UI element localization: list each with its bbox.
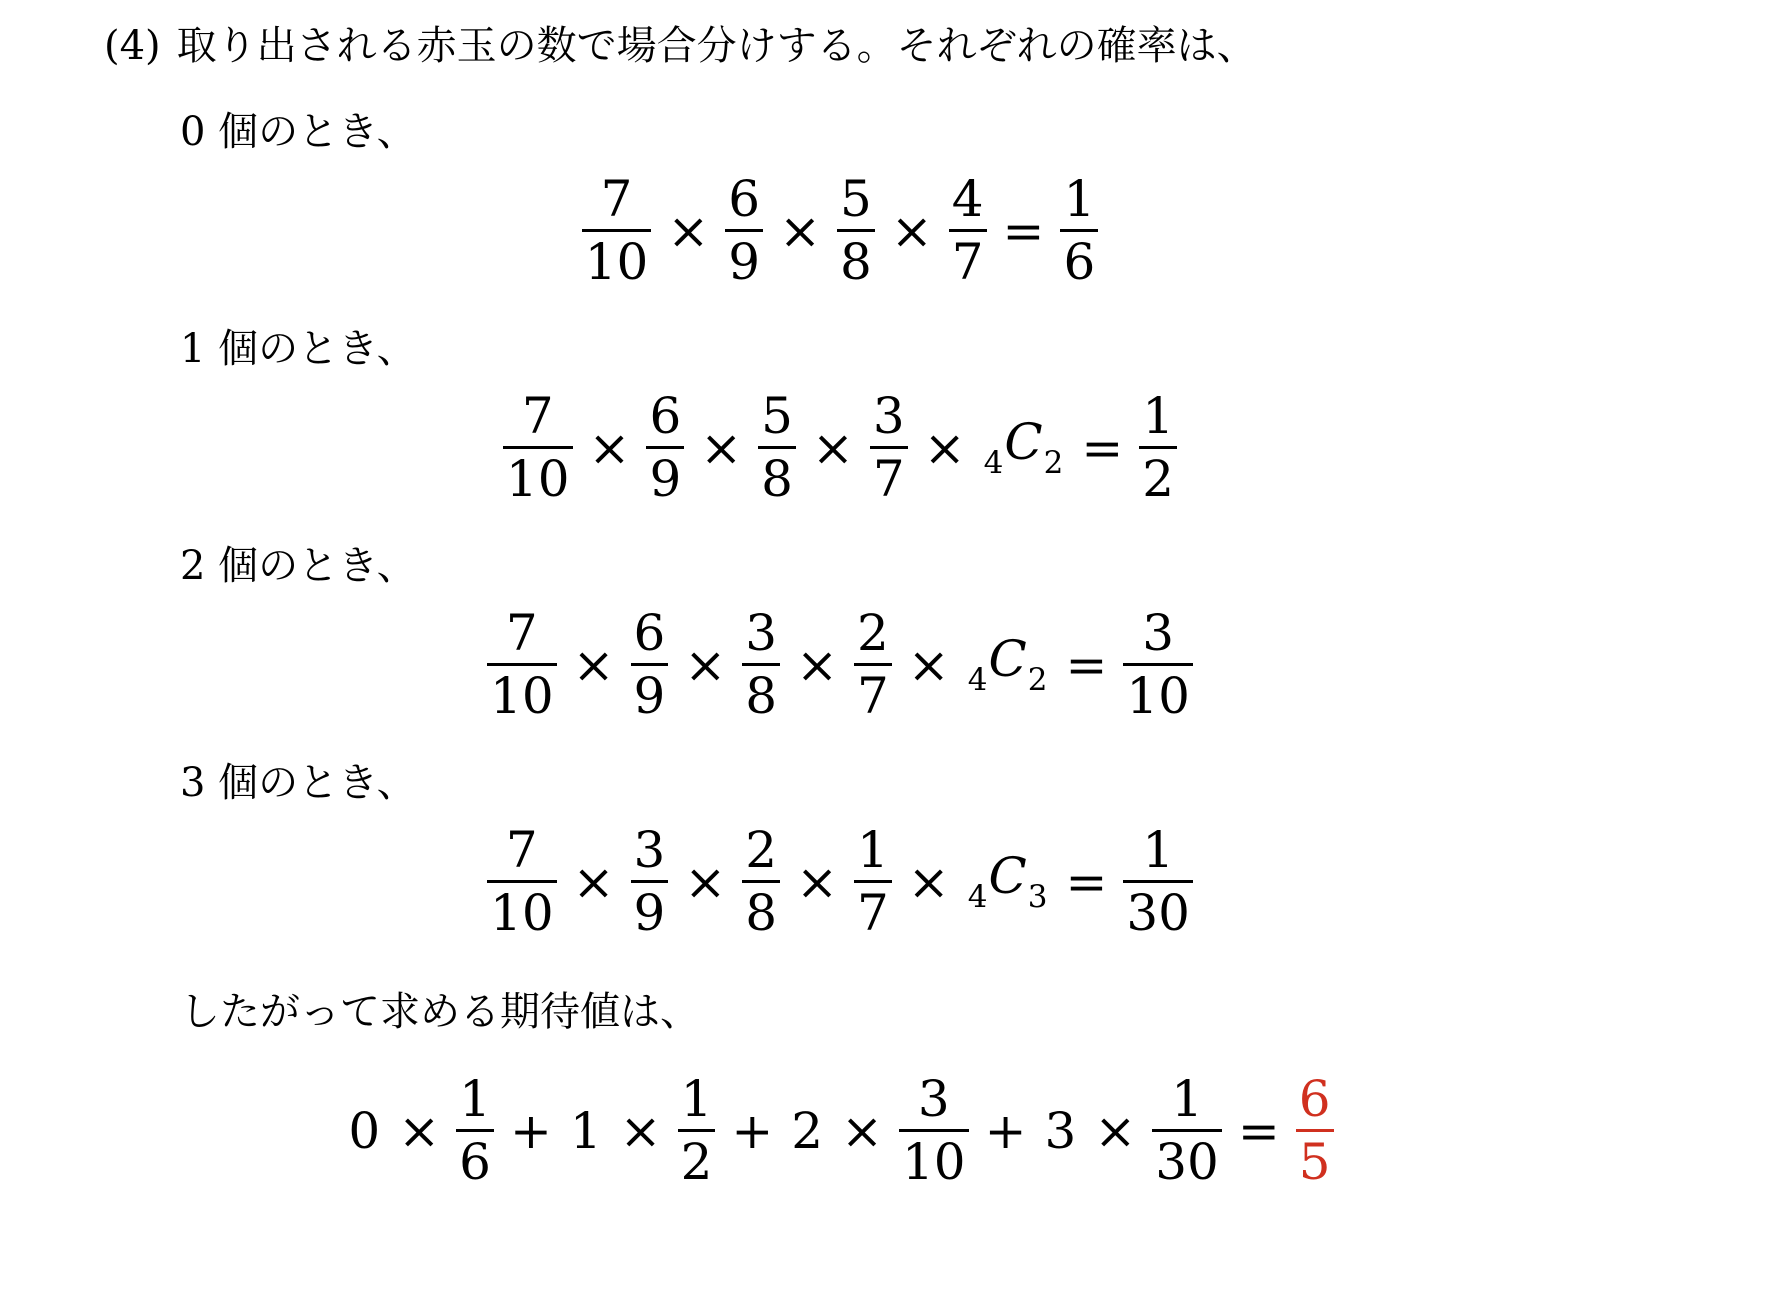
operator: + <box>507 1106 555 1156</box>
fraction: 37 <box>870 389 908 506</box>
combination-pre-subscript: 4 <box>968 878 988 914</box>
fraction-bar <box>487 663 557 666</box>
fraction-denominator: 10 <box>899 1135 969 1189</box>
fraction-numerator: 1 <box>1139 823 1177 877</box>
conclusion-text: したがって求める期待値は、 <box>0 986 1791 1038</box>
fraction: 65 <box>1296 1072 1334 1189</box>
fraction-bar <box>503 446 573 449</box>
fraction-denominator: 9 <box>631 669 669 723</box>
operator: + <box>728 1106 776 1156</box>
fraction-bar <box>1060 229 1098 232</box>
combination-pre-subscript: 4 <box>984 444 1004 480</box>
fraction-denominator: 10 <box>1123 669 1193 723</box>
fraction: 27 <box>854 606 892 723</box>
fraction-bar <box>1296 1129 1334 1132</box>
fraction-bar <box>742 880 780 883</box>
fraction-denominator: 7 <box>870 452 908 506</box>
fraction: 69 <box>631 606 669 723</box>
operator: × <box>570 857 618 907</box>
fraction-bar <box>1139 446 1177 449</box>
operator: × <box>921 423 969 473</box>
operator: × <box>888 206 936 256</box>
fraction-bar <box>1123 663 1193 666</box>
fraction-denominator: 5 <box>1296 1135 1334 1189</box>
fraction-bar <box>870 446 908 449</box>
fraction-denominator: 30 <box>1123 886 1193 940</box>
operator: × <box>664 206 712 256</box>
operator: × <box>681 857 729 907</box>
fraction-bar <box>631 663 669 666</box>
fraction: 710 <box>503 389 573 506</box>
fraction-bar <box>678 1129 716 1132</box>
operator: × <box>905 640 953 690</box>
combination-subscript: 2 <box>1028 661 1048 697</box>
fraction-bar <box>456 1129 494 1132</box>
combination-symbol: 4C3 <box>966 851 1050 913</box>
fraction-denominator: 7 <box>949 235 987 289</box>
fraction-bar <box>837 229 875 232</box>
case-label-2: 2 個のとき、 <box>0 540 1791 592</box>
fraction: 710 <box>487 606 557 723</box>
combination-symbol: 4C2 <box>966 634 1050 696</box>
case-equation-0: 710×69×58×47=16 <box>0 172 1680 289</box>
fraction-bar <box>949 229 987 232</box>
fraction-numerator: 1 <box>1168 1072 1206 1126</box>
fraction-denominator: 6 <box>456 1135 494 1189</box>
fraction-bar <box>487 880 557 883</box>
fraction: 38 <box>742 606 780 723</box>
fraction: 710 <box>487 823 557 940</box>
fraction-numerator: 3 <box>742 606 780 660</box>
operator: × <box>793 857 841 907</box>
fraction: 12 <box>678 1072 716 1189</box>
operator: = <box>1062 857 1110 907</box>
fraction: 16 <box>1060 172 1098 289</box>
fraction-bar <box>854 663 892 666</box>
fraction-numerator: 7 <box>519 389 557 443</box>
fraction-numerator: 3 <box>631 823 669 877</box>
fraction-numerator: 1 <box>854 823 892 877</box>
case-equation-2: 710×69×38×27×4C2=310 <box>0 606 1680 723</box>
fraction-denominator: 30 <box>1152 1135 1222 1189</box>
fraction: 710 <box>582 172 652 289</box>
fraction-bar <box>854 880 892 883</box>
operator: × <box>617 1106 665 1156</box>
combination-letter: C <box>987 847 1027 905</box>
fraction: 310 <box>1123 606 1193 723</box>
operator: × <box>395 1106 443 1156</box>
fraction-denominator: 9 <box>646 452 684 506</box>
fraction-denominator: 9 <box>631 886 669 940</box>
fraction-denominator: 2 <box>678 1135 716 1189</box>
fraction-numerator: 6 <box>725 172 763 226</box>
operator: × <box>776 206 824 256</box>
fraction-denominator: 10 <box>503 452 573 506</box>
number: 3 <box>1043 1106 1079 1156</box>
operator: = <box>1000 206 1048 256</box>
operator: × <box>697 423 745 473</box>
case-label-1: 1 個のとき、 <box>0 323 1791 375</box>
fraction: 17 <box>854 823 892 940</box>
fraction: 16 <box>456 1072 494 1189</box>
fraction-bar <box>725 229 763 232</box>
fraction-bar <box>899 1129 969 1132</box>
operator: × <box>905 857 953 907</box>
fraction-denominator: 2 <box>1139 452 1177 506</box>
fraction-bar <box>758 446 796 449</box>
conclusion-equation: 0×16+1×12+2×310+3×130=65 <box>0 1072 1680 1189</box>
fraction-denominator: 6 <box>1060 235 1098 289</box>
operator: × <box>1091 1106 1139 1156</box>
fraction-denominator: 10 <box>487 886 557 940</box>
fraction-denominator: 8 <box>758 452 796 506</box>
fraction-numerator: 1 <box>456 1072 494 1126</box>
fraction-numerator: 1 <box>1060 172 1098 226</box>
fraction: 39 <box>631 823 669 940</box>
combination-letter: C <box>987 630 1027 688</box>
combination-letter: C <box>1003 413 1043 471</box>
fraction-bar <box>1152 1129 1222 1132</box>
operator: = <box>1062 640 1110 690</box>
fraction-denominator: 10 <box>487 669 557 723</box>
fraction-numerator: 5 <box>758 389 796 443</box>
fraction: 47 <box>949 172 987 289</box>
fraction: 310 <box>899 1072 969 1189</box>
document-page: (4)取り出される赤玉の数で場合分けする。それぞれの確率は、 0 個のとき、 7… <box>0 0 1791 1311</box>
fraction-numerator: 2 <box>854 606 892 660</box>
case-label-3: 3 個のとき、 <box>0 757 1791 809</box>
fraction-denominator: 10 <box>582 235 652 289</box>
problem-header: (4)取り出される赤玉の数で場合分けする。それぞれの確率は、 <box>0 20 1791 72</box>
fraction-numerator: 6 <box>631 606 669 660</box>
fraction-numerator: 7 <box>598 172 636 226</box>
operator: × <box>570 640 618 690</box>
fraction-denominator: 8 <box>742 886 780 940</box>
operator: × <box>809 423 857 473</box>
fraction-numerator: 7 <box>503 823 541 877</box>
fraction-numerator: 7 <box>503 606 541 660</box>
problem-number: (4) <box>104 23 161 69</box>
fraction-numerator: 6 <box>1296 1072 1334 1126</box>
fraction-numerator: 3 <box>870 389 908 443</box>
fraction-numerator: 3 <box>1139 606 1177 660</box>
fraction-numerator: 1 <box>678 1072 716 1126</box>
fraction-denominator: 7 <box>854 669 892 723</box>
combination-pre-subscript: 4 <box>968 661 988 697</box>
fraction-bar <box>646 446 684 449</box>
fraction-numerator: 6 <box>646 389 684 443</box>
case-label-0: 0 個のとき、 <box>0 106 1791 158</box>
operator: = <box>1235 1106 1283 1156</box>
fraction-bar <box>742 663 780 666</box>
fraction-bar <box>631 880 669 883</box>
fraction: 69 <box>725 172 763 289</box>
fraction: 130 <box>1123 823 1193 940</box>
operator: + <box>982 1106 1030 1156</box>
fraction-denominator: 7 <box>854 886 892 940</box>
case-equation-3: 710×39×28×17×4C3=130 <box>0 823 1680 940</box>
fraction: 69 <box>646 389 684 506</box>
fraction: 58 <box>837 172 875 289</box>
operator: × <box>586 423 634 473</box>
operator: × <box>838 1106 886 1156</box>
case-equation-1: 710×69×58×37×4C2=12 <box>0 389 1680 506</box>
number: 1 <box>568 1106 604 1156</box>
fraction-denominator: 9 <box>725 235 763 289</box>
fraction-denominator: 8 <box>742 669 780 723</box>
fraction-numerator: 1 <box>1139 389 1177 443</box>
combination-symbol: 4C2 <box>982 417 1066 479</box>
fraction-bar <box>582 229 652 232</box>
fraction: 58 <box>758 389 796 506</box>
operator: × <box>681 640 729 690</box>
fraction-numerator: 5 <box>837 172 875 226</box>
fraction: 130 <box>1152 1072 1222 1189</box>
combination-subscript: 3 <box>1028 878 1048 914</box>
fraction: 12 <box>1139 389 1177 506</box>
operator: × <box>793 640 841 690</box>
operator: = <box>1078 423 1126 473</box>
fraction-bar <box>1123 880 1193 883</box>
fraction: 28 <box>742 823 780 940</box>
number: 2 <box>789 1106 825 1156</box>
fraction-denominator: 8 <box>837 235 875 289</box>
fraction-numerator: 3 <box>915 1072 953 1126</box>
fraction-numerator: 2 <box>742 823 780 877</box>
problem-intro-text: 取り出される赤玉の数で場合分けする。それぞれの確率は、 <box>177 23 1257 69</box>
number: 0 <box>346 1106 382 1156</box>
fraction-numerator: 4 <box>949 172 987 226</box>
combination-subscript: 2 <box>1044 444 1064 480</box>
